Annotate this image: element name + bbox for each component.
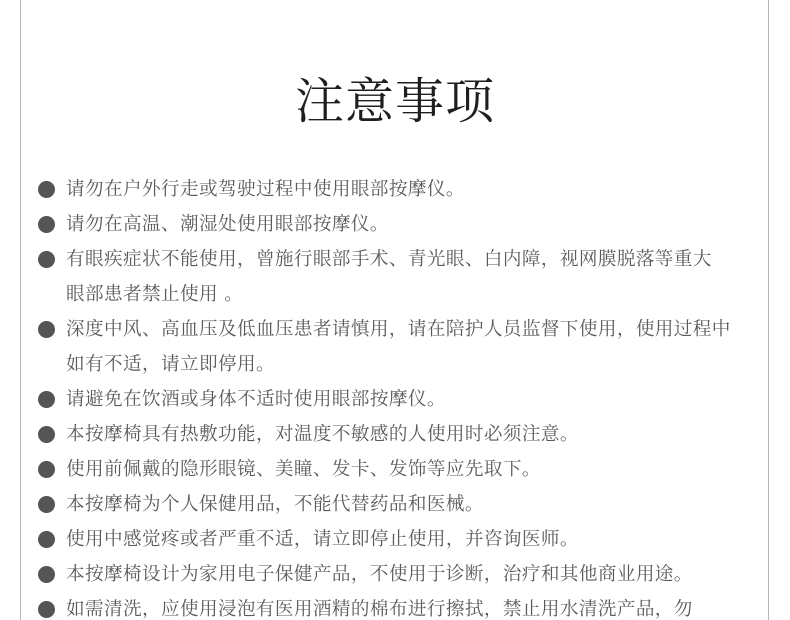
bullet-icon xyxy=(38,566,55,583)
bullet-icon xyxy=(38,461,55,478)
list-item: 有眼疾症状不能使用，曾施行眼部手术、青光眼、白内障，视网膜脱落等重大 眼部患者禁… xyxy=(0,242,790,312)
note-text: 本按摩椅具有热敷功能，对温度不敏感的人使用时必须注意。 xyxy=(66,417,790,452)
bullet-icon xyxy=(38,181,55,198)
precautions-list: 请勿在户外行走或驾驶过程中使用眼部按摩仪。 请勿在高温、潮湿处使用眼部按摩仪。 … xyxy=(0,172,790,620)
bullet-icon xyxy=(38,601,55,618)
note-text: 深度中风、高血压及低血压患者请慎用，请在陪护人员监督下使用，使用过程中 xyxy=(66,312,790,347)
note-text: 请避免在饮酒或身体不适时使用眼部按摩仪。 xyxy=(66,382,790,417)
list-item: 请避免在饮酒或身体不适时使用眼部按摩仪。 xyxy=(0,382,790,417)
note-text: 有眼疾症状不能使用，曾施行眼部手术、青光眼、白内障，视网膜脱落等重大 xyxy=(66,242,790,277)
note-text: 本按摩椅为个人保健用品，不能代替药品和医械。 xyxy=(66,487,790,522)
list-item: 如需清洗，应使用浸泡有医用酒精的棉布进行擦拭，禁止用水清洗产品，勿 xyxy=(0,592,790,620)
note-text: 如需清洗，应使用浸泡有医用酒精的棉布进行擦拭，禁止用水清洗产品，勿 xyxy=(66,592,790,620)
list-item: 请勿在户外行走或驾驶过程中使用眼部按摩仪。 xyxy=(0,172,790,207)
note-text-continued: 如有不适，请立即停用。 xyxy=(66,347,790,382)
list-item: 本按摩椅设计为家用电子保健产品，不使用于诊断，治疗和其他商业用途。 xyxy=(0,557,790,592)
note-text-continued: 眼部患者禁止使用 。 xyxy=(66,277,790,312)
list-item: 使用前佩戴的隐形眼镜、美瞳、发卡、发饰等应先取下。 xyxy=(0,452,790,487)
list-item: 本按摩椅为个人保健用品，不能代替药品和医械。 xyxy=(0,487,790,522)
note-text: 使用前佩戴的隐形眼镜、美瞳、发卡、发饰等应先取下。 xyxy=(66,452,790,487)
list-item: 请勿在高温、潮湿处使用眼部按摩仪。 xyxy=(0,207,790,242)
note-text: 请勿在高温、潮湿处使用眼部按摩仪。 xyxy=(66,207,790,242)
note-text: 本按摩椅设计为家用电子保健产品，不使用于诊断，治疗和其他商业用途。 xyxy=(66,557,790,592)
bullet-icon xyxy=(38,426,55,443)
list-item: 深度中风、高血压及低血压患者请慎用，请在陪护人员监督下使用，使用过程中 如有不适… xyxy=(0,312,790,382)
bullet-icon xyxy=(38,321,55,338)
note-text: 请勿在户外行走或驾驶过程中使用眼部按摩仪。 xyxy=(66,172,790,207)
page-title: 注意事项 xyxy=(0,71,790,133)
bullet-icon xyxy=(38,251,55,268)
bullet-icon xyxy=(38,391,55,408)
bullet-icon xyxy=(38,496,55,513)
list-item: 使用中感觉疼或者严重不适，请立即停止使用，并咨询医师。 xyxy=(0,522,790,557)
bullet-icon xyxy=(38,216,55,233)
bullet-icon xyxy=(38,531,55,548)
list-item: 本按摩椅具有热敷功能，对温度不敏感的人使用时必须注意。 xyxy=(0,417,790,452)
note-text: 使用中感觉疼或者严重不适，请立即停止使用，并咨询医师。 xyxy=(66,522,790,557)
